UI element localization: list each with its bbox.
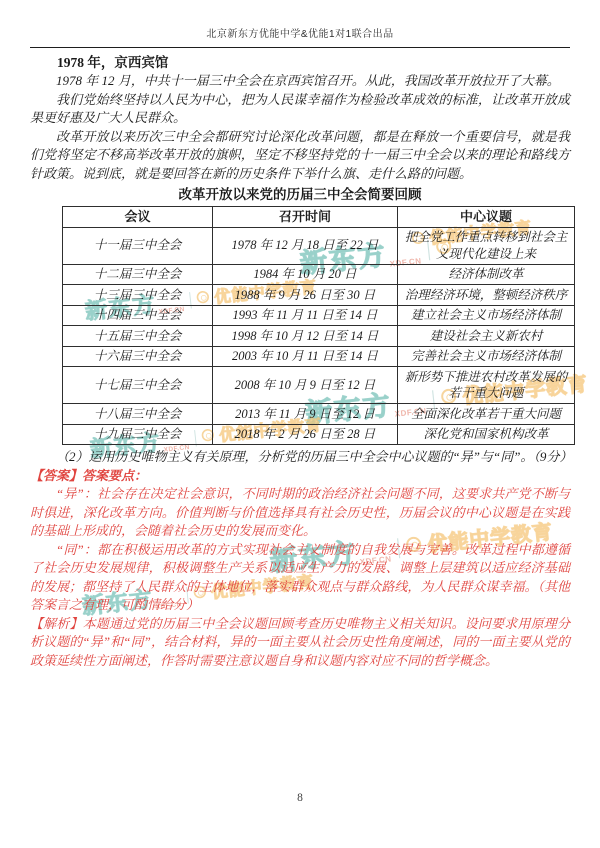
document-page: 优能中学教育 新东方 XDF.CN | 新东方 XDF.CN | 优能中学教育 … bbox=[0, 0, 600, 848]
table-cell-date: 2008 年 10 月 9 日至 12 日 bbox=[213, 367, 398, 404]
header-divider bbox=[30, 47, 570, 48]
table-cell-date: 1978 年 12 月 18 日至 22 日 bbox=[213, 227, 398, 264]
table-cell-meeting: 十七届三中全会 bbox=[63, 367, 213, 404]
table-row: 十五届三中全会1998 年 10 月 12 日至 14 日建设社会主义新农村 bbox=[63, 326, 575, 347]
table-row: 十六届三中全会2003 年 10 月 11 日至 14 日完善社会主义市场经济体… bbox=[63, 346, 575, 367]
document-content: 1978 年，京西宾馆 1978 年 12 月，中共十一届三中全会在京西宾馆召开… bbox=[30, 53, 570, 670]
plenary-sessions-table: 会议召开时间中心议题 十一届三中全会1978 年 12 月 18 日至 22 日… bbox=[62, 206, 575, 445]
table-cell-date: 1988 年 9 月 26 日至 30 日 bbox=[213, 285, 398, 306]
table-cell-topic: 建设社会主义新农村 bbox=[398, 326, 575, 347]
table-cell-topic: 全面深化改革若干重大问题 bbox=[398, 404, 575, 425]
table-cell-date: 1998 年 10 月 12 日至 14 日 bbox=[213, 326, 398, 347]
table-row: 十九届三中全会2018 年 2 月 26 日至 28 日深化党和国家机构改革 bbox=[63, 424, 575, 445]
table-row: 十八届三中全会2013 年 11 月 9 日至 12 日全面深化改革若干重大问题 bbox=[63, 404, 575, 425]
table-cell-meeting: 十六届三中全会 bbox=[63, 346, 213, 367]
table-row: 十一届三中全会1978 年 12 月 18 日至 22 日把全党工作重点转移到社… bbox=[63, 227, 575, 264]
answer-point: “异”：社会存在决定社会意识，不同时期的政治经济社会问题不同，这要求共产党不断与… bbox=[30, 485, 570, 541]
body-paragraph: 改革开放以来历次三中全会都研究讨论深化改革问题，都是在释放一个重要信号，就是我们… bbox=[30, 128, 570, 184]
table-cell-meeting: 十二届三中全会 bbox=[63, 264, 213, 285]
question-text: （2）运用历史唯物主义有关原理，分析党的历届三中全会中心议题的“异”与“同”。（… bbox=[30, 448, 570, 467]
table-cell-date: 2018 年 2 月 26 日至 28 日 bbox=[213, 424, 398, 445]
table-cell-topic: 治理经济环境，整顿经济秩序 bbox=[398, 285, 575, 306]
table-title: 改革开放以来党的历届三中全会简要回顾 bbox=[30, 185, 570, 204]
table-body: 十一届三中全会1978 年 12 月 18 日至 22 日把全党工作重点转移到社… bbox=[63, 227, 575, 445]
table-cell-date: 1984 年 10 月 20 日 bbox=[213, 264, 398, 285]
table-cell-date: 1993 年 11 月 11 日至 14 日 bbox=[213, 305, 398, 326]
table-cell-topic: 完善社会主义市场经济体制 bbox=[398, 346, 575, 367]
analysis-text: 【解析】本题通过党的历届三中全会议题回顾考查历史唯物主义相关知识。设问要求用原理… bbox=[30, 615, 570, 671]
body-paragraph: 1978 年 12 月，中共十一届三中全会在京西宾馆召开。从此，我国改革开放拉开… bbox=[30, 72, 570, 91]
table-cell-topic: 建立社会主义市场经济体制 bbox=[398, 305, 575, 326]
page-number: 8 bbox=[0, 792, 600, 804]
table-cell-meeting: 十一届三中全会 bbox=[63, 227, 213, 264]
table-cell-topic: 经济体制改革 bbox=[398, 264, 575, 285]
answer-point: “同”：都在积极运用改革的方式实现社会主义制度的自我发展与完善。改革过程中都遵循… bbox=[30, 541, 570, 615]
table-cell-topic: 把全党工作重点转移到社会主义现代化建设上来 bbox=[398, 227, 575, 264]
table-cell-date: 2003 年 10 月 11 日至 14 日 bbox=[213, 346, 398, 367]
section-heading: 1978 年，京西宾馆 bbox=[30, 53, 570, 72]
body-paragraph: 我们党始终坚持以人民为中心，把为人民谋幸福作为检验改革成效的标准，让改革开放成果… bbox=[30, 91, 570, 128]
table-header-row: 会议召开时间中心议题 bbox=[63, 207, 575, 228]
table-cell-meeting: 十九届三中全会 bbox=[63, 424, 213, 445]
table-header-cell: 召开时间 bbox=[213, 207, 398, 228]
table-header-cell: 中心议题 bbox=[398, 207, 575, 228]
table-row: 十三届三中全会1988 年 9 月 26 日至 30 日治理经济环境，整顿经济秩… bbox=[63, 285, 575, 306]
table-cell-topic: 新形势下推进农村改革发展的若干重大问题 bbox=[398, 367, 575, 404]
table-header-cell: 会议 bbox=[63, 207, 213, 228]
table-cell-meeting: 十八届三中全会 bbox=[63, 404, 213, 425]
header-brand-text: 北京新东方优能中学&优能1对1联合出品 bbox=[0, 25, 600, 40]
table-row: 十四届三中全会1993 年 11 月 11 日至 14 日建立社会主义市场经济体… bbox=[63, 305, 575, 326]
table-row: 十二届三中全会1984 年 10 月 20 日经济体制改革 bbox=[63, 264, 575, 285]
table-cell-meeting: 十四届三中全会 bbox=[63, 305, 213, 326]
answer-label: 【答案】答案要点： bbox=[30, 467, 570, 486]
table-cell-meeting: 十三届三中全会 bbox=[63, 285, 213, 306]
table-cell-meeting: 十五届三中全会 bbox=[63, 326, 213, 347]
table-cell-topic: 深化党和国家机构改革 bbox=[398, 424, 575, 445]
table-row: 十七届三中全会2008 年 10 月 9 日至 12 日新形势下推进农村改革发展… bbox=[63, 367, 575, 404]
table-cell-date: 2013 年 11 月 9 日至 12 日 bbox=[213, 404, 398, 425]
